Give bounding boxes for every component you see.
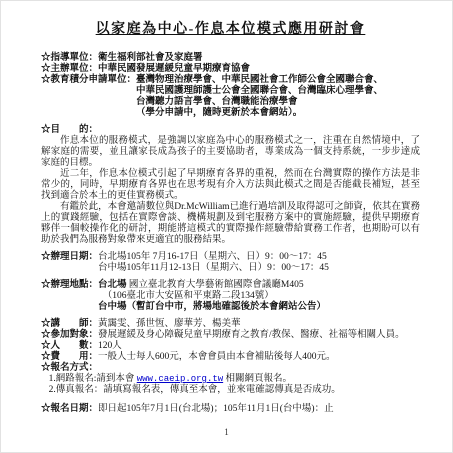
organizing-units-section: ☆指導單位：衛生福利部社會及家庭署 ☆主辦單位：中華民國發展遲緩兒童早期療育協會… xyxy=(41,53,420,119)
purpose-label: ☆目 的： xyxy=(41,125,420,136)
capacity-value: 120人 xyxy=(98,341,122,351)
advisor-unit-line: ☆指導單位：衛生福利部社會及家庭署 xyxy=(41,53,420,64)
purpose-paragraph: 作息本位的服務模式，是強調以家庭為中心的服務模式之一，注重在自然情境中，了解家庭… xyxy=(41,136,420,169)
details-section: ☆講 師：黃靄雯、孫世恆、廖華芳、楊美華 ☆參加對象：發展遲緩及身心障礙兒童早期… xyxy=(41,319,420,363)
schedule-taipei-date: 台北場105年 7月16-17日（星期六、日）9：00～17：45 xyxy=(98,252,420,263)
purpose-paragraph: 有鑑於此，本會邀請數位與Dr.McWilliam已進行過培訓及取得認可之師資，依… xyxy=(41,202,420,246)
capacity-label: ☆人 數： xyxy=(41,341,98,351)
document-page: 以家庭為中心-作息本位模式應用研討會 ☆指導單位：衛生福利部社會及家庭署 ☆主辦… xyxy=(0,0,453,453)
registration-date-value: 即日起105年7月1日(台北場)；105年11月1日(台中場)：止 xyxy=(98,404,334,414)
credit-units-row: 台灣聽力語言學會、台灣職能治療學會 xyxy=(136,97,420,108)
audience-line: ☆參加對象：發展遲緩及身心障礙兒童早期療育之教育/教保、醫療、社福等相關人員。 xyxy=(41,330,420,341)
purpose-section: ☆目 的： 作息本位的服務模式，是強調以家庭為中心的服務模式之一，注重在自然情境… xyxy=(41,125,420,246)
page-title: 以家庭為中心-作息本位模式應用研討會 xyxy=(41,21,420,38)
venue-taipei-line: 台北場 國立臺北教育大學藝術館國際會議廳M405 xyxy=(98,280,420,291)
instructor-value: 黃靄雯、孫世恆、廖華芳、楊美華 xyxy=(98,319,241,329)
host-unit-line: ☆主辦單位：中華民國發展遲緩兒童早期療育協會 xyxy=(41,64,420,75)
credit-units-row: 中華民國護理師護士公會全國聯合會、台灣臨床心理學會、 xyxy=(136,86,420,97)
registration-section: ☆報名方式： 1.網路報名:請到本會 www.caeip.org.tw 相關網頁… xyxy=(41,363,420,415)
registration-online-suffix: 相關網頁報名。 xyxy=(223,374,292,384)
credit-units-row: 臺灣物理治療學會、中華民國社會工作師公會全國聯合會、 xyxy=(136,75,420,86)
host-unit-label: ☆主辦單位： xyxy=(41,64,98,74)
purpose-paragraph: 近二年，作息本位模式引起了早期療育各界的重視，然而在台灣實際的操作方法是非常少的… xyxy=(41,169,420,202)
host-unit-value: 中華民國發展遲緩兒童早期療育協會 xyxy=(98,64,250,74)
fee-label: ☆費 用： xyxy=(41,352,98,362)
instructor-label: ☆講 師： xyxy=(41,319,98,329)
capacity-line: ☆人 數：120人 xyxy=(41,341,420,352)
venue-details: 台北場 國立臺北教育大學藝術館國際會議廳M405 （106臺北市大安區和平東路二… xyxy=(98,280,420,313)
schedule-taichung-date: 台中場105年11月12-13日（星期六、日）9：00～17：45 xyxy=(98,263,420,274)
credit-units-label: ☆教育積分申請單位： xyxy=(41,75,136,86)
registration-date-label: ☆報名日期： xyxy=(41,404,98,414)
advisor-unit-label: ☆指導單位： xyxy=(41,53,98,63)
venue-taipei-value: 國立臺北教育大學藝術館國際會議廳M405 xyxy=(129,280,304,290)
fee-line: ☆費 用：一般人士每人600元，本會會員由本會補貼後每人400元。 xyxy=(41,352,420,363)
venue-label: ☆辦理地點： xyxy=(41,280,98,291)
venue-taipei-label: 台北場 xyxy=(98,280,127,290)
credit-units-list: 臺灣物理治療學會、中華民國社會工作師公會全國聯合會、 中華民國護理師護士公會全國… xyxy=(136,75,420,119)
venue-section: ☆辦理地點： 台北場 國立臺北教育大學藝術館國際會議廳M405 （106臺北市大… xyxy=(41,280,420,313)
venue-taipei-address: （106臺北市大安區和平東路二段134號） xyxy=(98,291,420,302)
registration-method-fax: 2.傳真報名：請填寫報名表，傳真至本會，並來電確認傳真是否成功。 xyxy=(41,385,420,396)
page-number: 1 xyxy=(1,427,452,438)
registration-online-prefix: 1.網路報名:請到本會 xyxy=(49,374,137,384)
fee-value: 一般人士每人600元，本會會員由本會補貼後每人400元。 xyxy=(98,352,336,362)
registration-method-online: 1.網路報名:請到本會 www.caeip.org.tw 相關網頁報名。 xyxy=(41,374,420,385)
venue-taichung-line: 台中場（暫訂台中市，將場地確認後於本會網站公告） xyxy=(98,302,420,313)
schedule-section: ☆辦理日期： 台北場105年 7月16-17日（星期六、日）9：00～17：45… xyxy=(41,252,420,274)
registration-date-line: ☆報名日期：即日起105年7月1日(台北場)；105年11月1日(台中場)：止 xyxy=(41,404,420,415)
registration-url-link[interactable]: www.caeip.org.tw xyxy=(137,374,223,384)
credit-units-line: ☆教育積分申請單位： 臺灣物理治療學會、中華民國社會工作師公會全國聯合會、 中華… xyxy=(41,75,420,119)
instructor-line: ☆講 師：黃靄雯、孫世恆、廖華芳、楊美華 xyxy=(41,319,420,330)
schedule-dates: 台北場105年 7月16-17日（星期六、日）9：00～17：45 台中場105… xyxy=(98,252,420,274)
audience-label: ☆參加對象： xyxy=(41,330,98,340)
credit-units-note: （學分申請中，隨時更新於本會網站）。 xyxy=(136,108,420,119)
advisor-unit-value: 衛生福利部社會及家庭署 xyxy=(98,53,203,63)
audience-value: 發展遲緩及身心障礙兒童早期療育之教育/教保、醫療、社福等相關人員。 xyxy=(98,330,405,340)
registration-method-label: ☆報名方式： xyxy=(41,363,420,374)
schedule-label: ☆辦理日期： xyxy=(41,252,98,263)
